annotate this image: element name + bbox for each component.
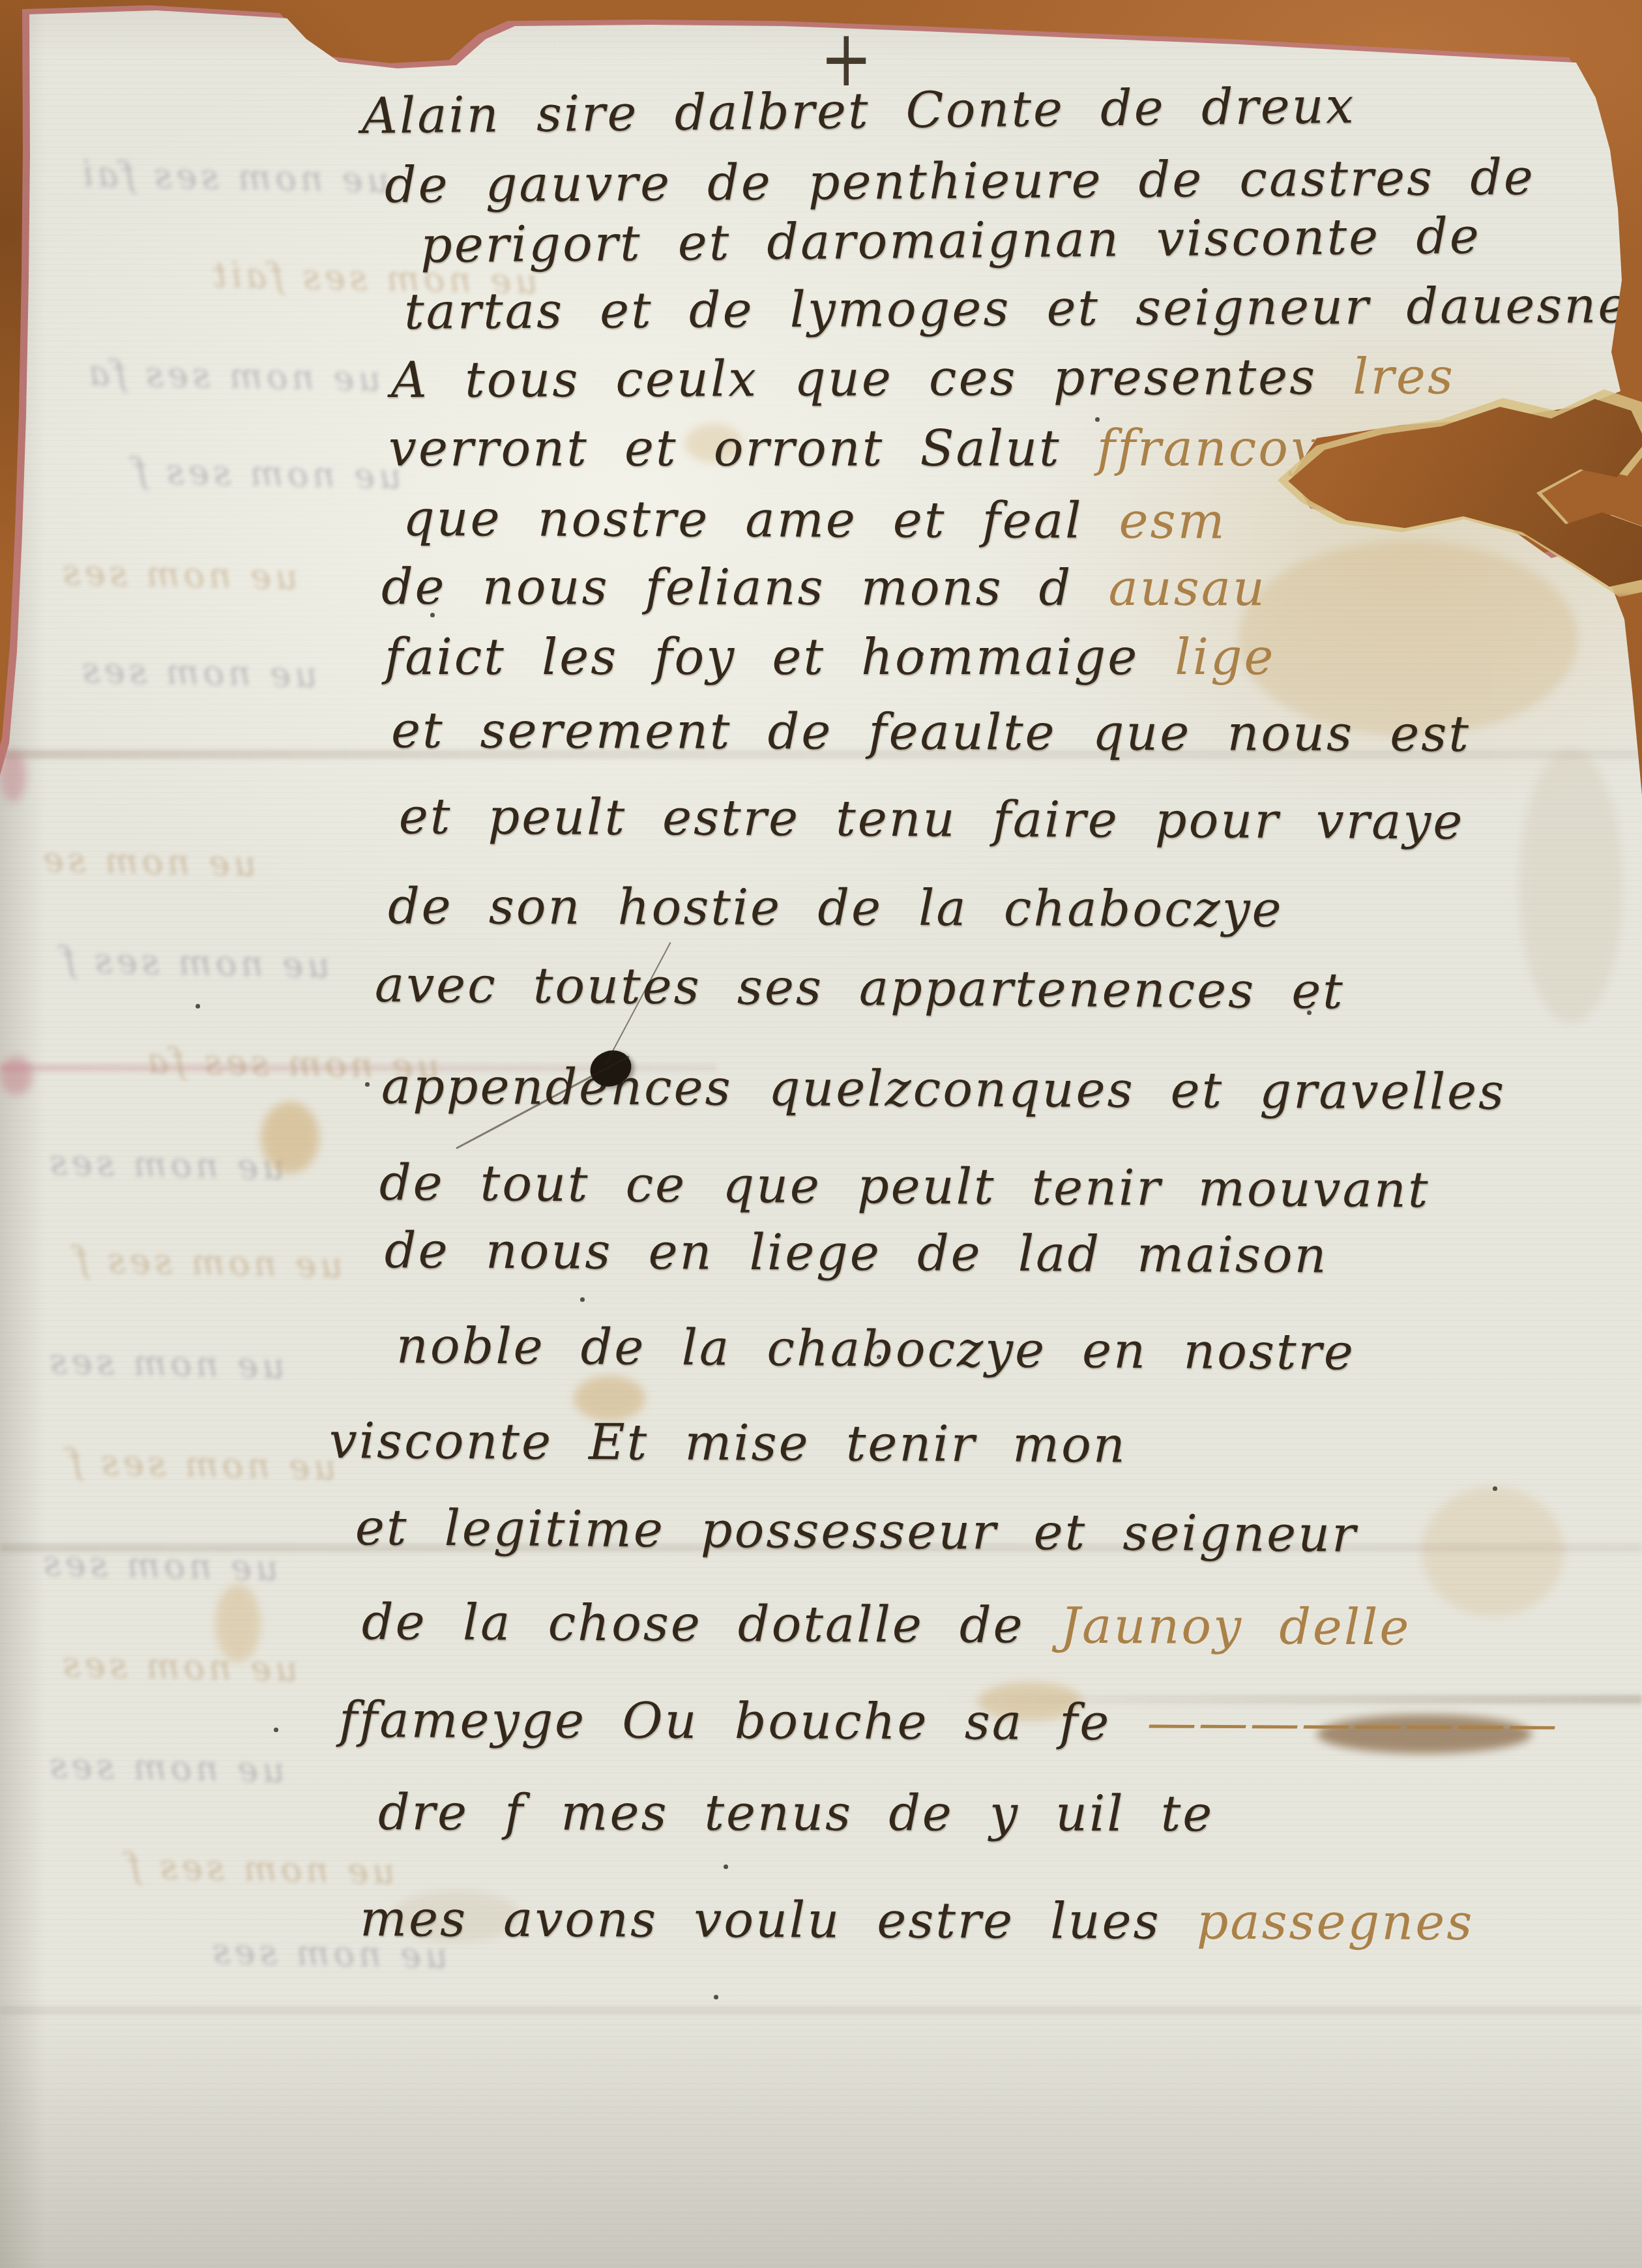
text-segment: passegnes (1197, 1892, 1474, 1951)
text-segment: que nostre ame et feal (403, 489, 1119, 550)
bleedthrough-row: ue nom ses f (65, 1441, 336, 1488)
manuscript-text-line: que nostre ame et feal esm (403, 493, 1227, 546)
text-segment: appendences quelzconques et gravelles (381, 1057, 1506, 1121)
ink-speck (430, 613, 435, 617)
text-segment: avec toutes ses appartenences et (375, 955, 1345, 1020)
bleedthrough-row: ue nom ses (58, 552, 298, 598)
ink-speck (714, 1995, 718, 1999)
photo-scene: ue nom ses faiue nom ses faitue nom ses … (0, 0, 1642, 2268)
text-segment: faict les foy et hommaige (385, 628, 1175, 686)
bleedthrough-row: ue nom ses f (71, 1239, 343, 1286)
manuscript-text-line: dre f mes tenus de y uil te (378, 1788, 1214, 1838)
ink-speck (365, 1082, 370, 1087)
manuscript-text-line: appendences quelzconques et gravelles (381, 1061, 1506, 1117)
text-segment: lige (1175, 628, 1275, 686)
manuscript-text-line: visconte Et mise tenir mon (329, 1416, 1127, 1469)
bleedthrough-row: ue nom ses fa (84, 352, 381, 400)
manuscript-text-line: de nous en liege de lad maison (385, 1226, 1328, 1280)
text-segment: ———————— (1147, 1693, 1559, 1752)
text-segment: de la chose dotalle de (362, 1593, 1061, 1655)
manuscript-text-line: faict les foy et hommaige lige (385, 632, 1276, 682)
bleedthrough-row: ue nom ses f (123, 1846, 395, 1892)
text-segment: visconte Et mise tenir mon (329, 1411, 1127, 1473)
text-segment: et serement de feaulte que nous est (391, 701, 1471, 763)
bleedthrough-row: ue nom ses (45, 1141, 285, 1188)
text-segment: esm (1119, 492, 1226, 550)
bleedthrough-row: ue nom ses (38, 1542, 278, 1589)
text-segment: et peult estre tenu faire pour vraye (399, 787, 1465, 851)
text-segment: tartas et de lymoges et seigneur dauesne… (404, 276, 1642, 340)
manuscript-text-line: mes avons voulu estre lues passegnes (360, 1894, 1474, 1947)
manuscript-text-line: tartas et de lymoges et seigneur dauesne… (404, 280, 1642, 336)
manuscript-text-line: de nous felians mons d ausau (381, 562, 1267, 613)
text-segment: dre f mes tenus de y uil te (378, 1783, 1214, 1842)
text-segment: de nous felians mons d (381, 557, 1109, 617)
manuscript-text-line: noble de la chaboczye en nostre (396, 1321, 1355, 1377)
manuscript-text-line: de gauvre de penthieure de castres de (385, 153, 1535, 210)
text-segment: de gauvre de penthieure de castres de (385, 148, 1536, 214)
fold-crease (0, 2007, 1642, 2014)
manuscript-page: ue nom ses faiue nom ses faitue nom ses … (0, 0, 1642, 2268)
text-segment: verront et orront Salut (389, 419, 1097, 477)
text-segment: de nous en liege de lad maison (385, 1221, 1328, 1284)
bleedthrough-row: ue nom ses (58, 1643, 298, 1690)
bleedthrough-row: ue nom ses (45, 1745, 285, 1791)
text-segment: mes avons voulu estre lues (360, 1889, 1197, 1950)
text-segment: de son hostie de la chaboczye (388, 877, 1283, 938)
text-segment: ausau (1108, 559, 1267, 617)
manuscript-text-line: ffameyge Ou bouche sa fe ———————— (339, 1695, 1559, 1749)
manuscript-text-line: avec toutes ses appartenences et (375, 960, 1345, 1016)
bleedthrough-row: ue nom ses (78, 649, 317, 696)
text-segment: Jaunoy delle (1061, 1597, 1411, 1657)
text-segment: perigort et daromaignan visconte de (420, 207, 1482, 274)
bleedthrough-row: ue nom se (38, 839, 256, 885)
ink-speck (1095, 417, 1100, 422)
manuscript-text-line: A tous ceulx que ces presentes lres (391, 351, 1455, 405)
text-segment: et legitime possesseur et seigneur (355, 1498, 1358, 1563)
bleedthrough-row: ue nom ses fai (78, 153, 390, 201)
stain (1519, 750, 1623, 1024)
manuscript-text-line: de son hostie de la chaboczye (388, 881, 1283, 934)
bleedthrough-row: ue nom ses f (58, 939, 330, 986)
ink-speck (580, 1297, 585, 1302)
manuscript-text-line: et legitime possesseur et seigneur (355, 1503, 1358, 1559)
ink-speck (1307, 1010, 1312, 1015)
manuscript-text-line: de la chose dotalle de Jaunoy delle (362, 1597, 1411, 1652)
ink-speck (919, 652, 924, 656)
manuscript-text-line: et serement de feaulte que nous est (391, 705, 1471, 759)
ink-speck (877, 1355, 881, 1359)
text-segment: noble de la chaboczye en nostre (396, 1316, 1355, 1381)
stain (1421, 1486, 1564, 1617)
manuscript-text-line: perigort et daromaignan visconte de (420, 211, 1482, 270)
stain (0, 1056, 33, 1095)
ink-speck (274, 1728, 278, 1732)
bleedthrough-row: ue nom ses (45, 1340, 285, 1387)
text-segment: A tous ceulx que ces presentes (391, 347, 1353, 409)
ink-speck (724, 1864, 728, 1869)
text-segment: ffameyge Ou bouche sa fe (339, 1690, 1147, 1751)
ink-speck (1493, 1486, 1497, 1491)
text-segment: de tout ce que peult tenir mouvant (379, 1153, 1430, 1218)
ink-speck (196, 1004, 200, 1009)
bleedthrough-row: ue nom ses f (130, 450, 402, 497)
manuscript-text-line: de tout ce que peult tenir mouvant (379, 1158, 1430, 1215)
manuscript-text-line: Alain sire dalbret Conte de dreux (362, 81, 1356, 141)
text-segment: lres (1353, 347, 1455, 405)
text-segment: Alain sire dalbret Conte de dreux (362, 76, 1356, 145)
manuscript-text-line: et peult estre tenu faire pour vraye (399, 791, 1465, 847)
